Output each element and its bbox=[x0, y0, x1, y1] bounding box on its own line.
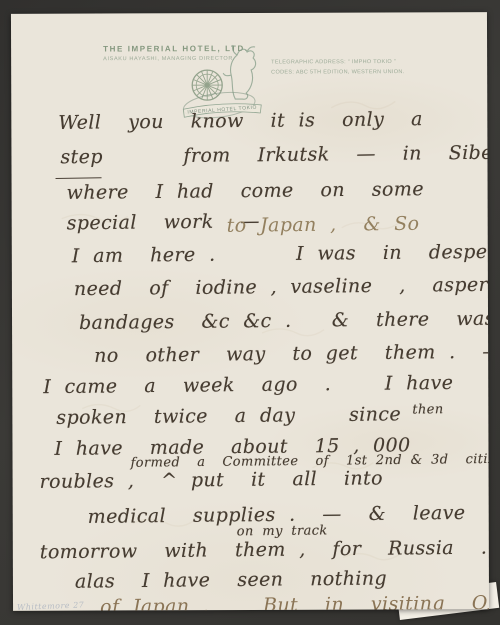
wheel-icon bbox=[192, 70, 222, 100]
letter-line: on my track bbox=[237, 523, 328, 539]
letter-line: alas I have seen nothing bbox=[75, 567, 387, 592]
letter-line: no other way to get them . – bbox=[94, 341, 489, 367]
letter-line: step from Irkutsk — in Siberia bbox=[60, 141, 489, 168]
letter-line: bandages &c &c . & there was bbox=[79, 308, 489, 334]
letter-line: Well you know it is only a bbox=[58, 108, 423, 134]
ink-stroke bbox=[56, 177, 102, 179]
letter-line: where I had come on some bbox=[66, 178, 424, 204]
letter-line: of Japan . But in visiting OKakura bbox=[100, 591, 489, 611]
lion-icon bbox=[223, 45, 256, 99]
letter-line: I am here . I was in desperate bbox=[72, 240, 489, 267]
telegraphic-address-line: TELEGRAPHIC ADDRESS: “ IMPHO TOKIO ” bbox=[271, 57, 404, 68]
letterhead-right-block: TELEGRAPHIC ADDRESS: “ IMPHO TOKIO ” COD… bbox=[271, 57, 404, 78]
letter-line: spoken twice a day since bbox=[56, 403, 401, 429]
letter-line: to Japan , & So bbox=[227, 213, 420, 237]
letter-body: Well you know it is only astep from Irku… bbox=[11, 12, 487, 14]
letter-line: tomorrow with them , for Russia . bbox=[40, 537, 488, 564]
pencil-annotation: Whittemore 27 bbox=[17, 600, 85, 610]
letter-line: I came a week ago . I have bbox=[43, 372, 453, 398]
codes-line: CODES: ABC 5TH EDITION, WESTERN UNION. bbox=[271, 68, 404, 79]
letter-paper: THE IMPERIAL HOTEL, LTD. AISAKU HAYASHI,… bbox=[11, 12, 489, 611]
letter-line: then bbox=[412, 402, 443, 417]
letter-line: need of iodine , vaseline , asperine bbox=[74, 274, 489, 301]
letter-line: roubles , ^ put it all into bbox=[39, 467, 383, 493]
photo-background: THE IMPERIAL HOTEL, LTD. AISAKU HAYASHI,… bbox=[0, 0, 500, 625]
